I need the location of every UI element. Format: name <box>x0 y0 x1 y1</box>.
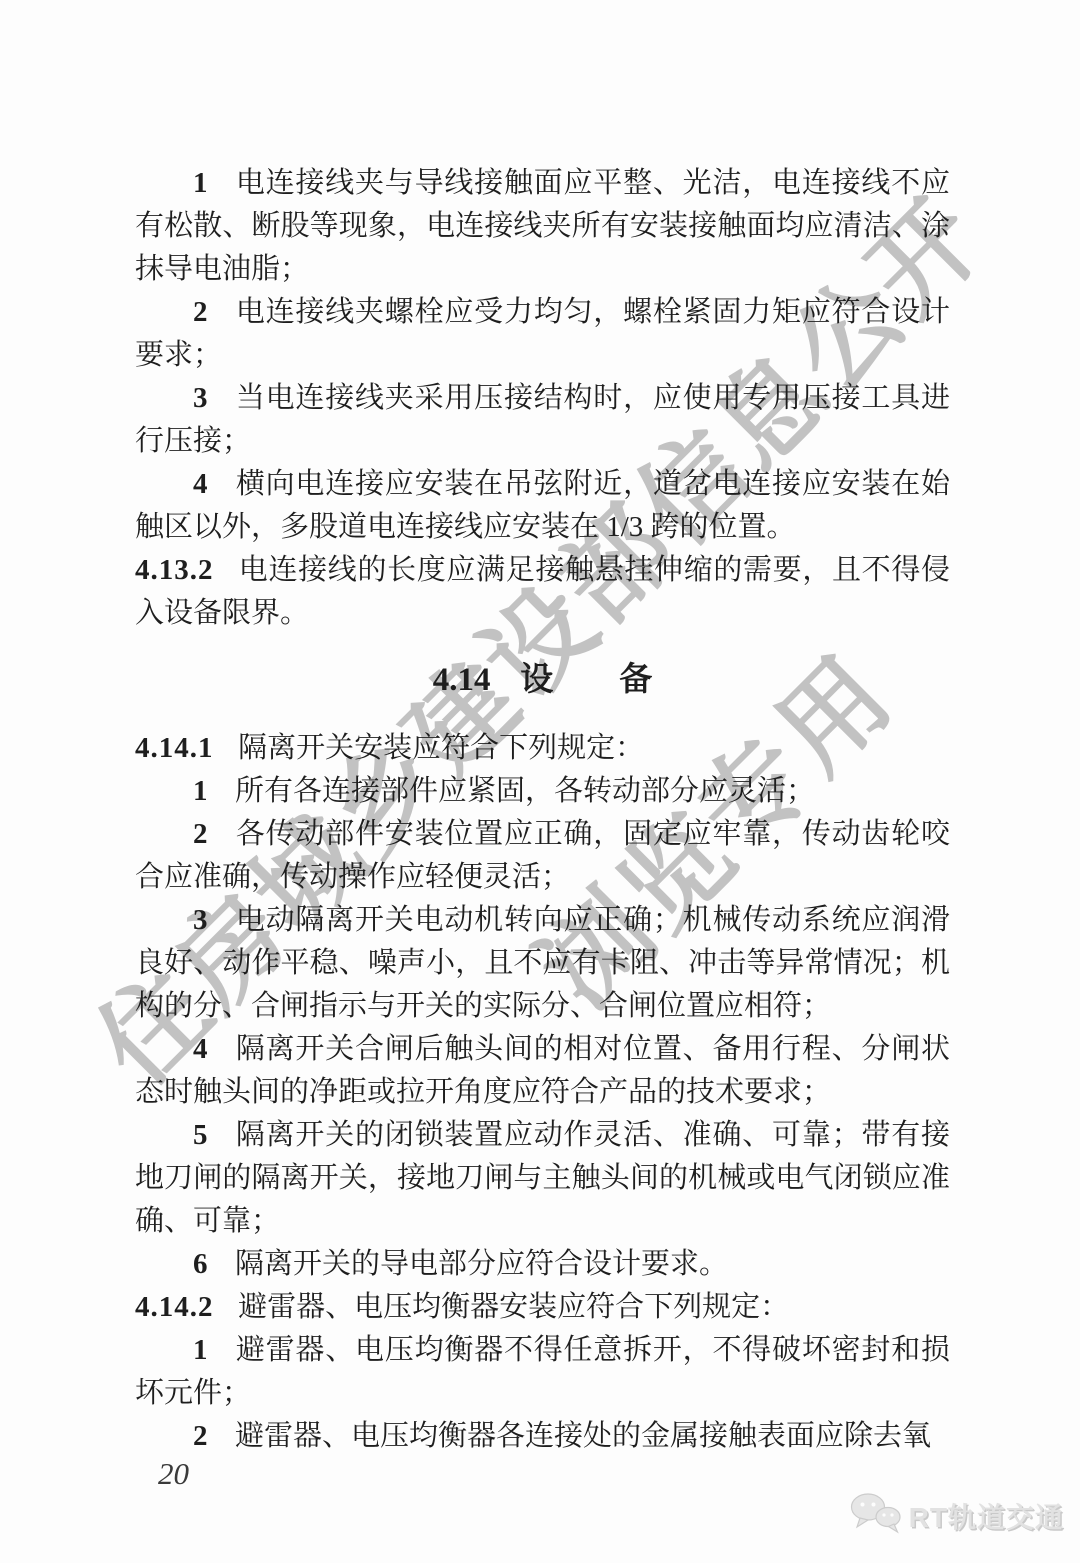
item-paragraph: 2各传动部件安装位置应正确，固定应牢靠，传动齿轮咬合应准确，传动操作应轻便灵活； <box>135 813 950 899</box>
item-number: 2 <box>193 1420 208 1452</box>
item-number: 1 <box>193 167 208 199</box>
item-paragraph: 4横向电连接应安装在吊弦附近，道岔电连接应安装在始触区以外，多股道电连接线应安装… <box>135 463 950 549</box>
page-number: 20 <box>158 1456 189 1492</box>
paragraph-text: 避雷器、电压均衡器各连接处的金属接触表面应除去氧 <box>235 1420 931 1452</box>
paragraph-text: 所有各连接部件应紧固，各转动部分应灵活； <box>235 775 815 807</box>
item-paragraph: 6隔离开关的导电部分应符合设计要求。 <box>135 1243 950 1286</box>
section-heading-title: 设 备 <box>520 662 652 698</box>
item-paragraph: 1避雷器、电压均衡器不得任意拆开，不得破坏密封和损坏元件； <box>135 1329 950 1415</box>
item-number: 5 <box>193 1119 208 1151</box>
item-paragraph: 2电连接线夹螺栓应受力均匀，螺栓紧固力矩应符合设计要求； <box>135 291 950 377</box>
item-paragraph: 1电连接线夹与导线接触面应平整、光洁，电连接线不应有松散、断股等现象，电连接线夹… <box>135 162 950 291</box>
document-page: 住房城乡建设部信息公开 浏览专用 1电连接线夹与导线接触面应平整、光洁，电连接线… <box>0 0 1080 1563</box>
paragraph-text: 避雷器、电压均衡器安装应符合下列规定： <box>238 1291 789 1323</box>
item-number: 4 <box>193 1033 208 1065</box>
clause-paragraph: 4.14.1隔离开关安装应符合下列规定： <box>135 727 950 770</box>
item-number: 6 <box>193 1248 208 1280</box>
item-paragraph: 3电动隔离开关电动机转向应正确；机械传动系统应润滑良好、动作平稳、噪声小，且不应… <box>135 899 950 1028</box>
clause-paragraph: 4.14.2避雷器、电压均衡器安装应符合下列规定： <box>135 1286 950 1329</box>
footer-logo: RT轨道交通 <box>849 1492 1064 1539</box>
document-body: 1电连接线夹与导线接触面应平整、光洁，电连接线不应有松散、断股等现象，电连接线夹… <box>135 162 950 1458</box>
item-number: 3 <box>193 904 208 936</box>
item-number: 1 <box>193 1334 208 1366</box>
paragraph-text: 隔离开关合闸后触头间的相对位置、备用行程、分闸状态时触头间的净距或拉开角度应符合… <box>135 1033 950 1108</box>
clause-paragraph: 4.13.2电连接线的长度应满足接触悬挂伸缩的需要，且不得侵入设备限界。 <box>135 549 950 635</box>
paragraph-text: 电动隔离开关电动机转向应正确；机械传动系统应润滑良好、动作平稳、噪声小，且不应有… <box>135 904 950 1022</box>
section-heading: 4.14设 备 <box>135 655 950 705</box>
section-heading-number: 4.14 <box>433 662 491 698</box>
item-paragraph: 2避雷器、电压均衡器各连接处的金属接触表面应除去氧 <box>135 1415 950 1458</box>
item-paragraph: 1所有各连接部件应紧固，各转动部分应灵活； <box>135 770 950 813</box>
footer-logo-text: RT轨道交通 <box>909 1496 1064 1536</box>
paragraph-text: 电连接线夹螺栓应受力均匀，螺栓紧固力矩应符合设计要求； <box>135 296 950 371</box>
item-number: 2 <box>193 818 208 850</box>
paragraph-text: 隔离开关的导电部分应符合设计要求。 <box>235 1248 728 1280</box>
item-number: 3 <box>193 382 208 414</box>
paragraph-text: 隔离开关安装应符合下列规定： <box>238 732 644 764</box>
clause-number: 4.14.1 <box>135 732 214 764</box>
paragraph-text: 横向电连接应安装在吊弦附近，道岔电连接应安装在始触区以外，多股道电连接线应安装在… <box>135 468 950 543</box>
paragraph-text: 电连接线的长度应满足接触悬挂伸缩的需要，且不得侵入设备限界。 <box>135 554 950 629</box>
paragraph-text: 当电连接线夹采用压接结构时，应使用专用压接工具进行压接； <box>135 382 950 457</box>
item-number: 2 <box>193 296 208 328</box>
paragraph-text: 避雷器、电压均衡器不得任意拆开，不得破坏密封和损坏元件； <box>135 1334 950 1409</box>
wechat-icon <box>849 1492 903 1539</box>
item-number: 1 <box>193 775 208 807</box>
item-number: 4 <box>193 468 208 500</box>
item-paragraph: 3当电连接线夹采用压接结构时，应使用专用压接工具进行压接； <box>135 377 950 463</box>
paragraph-text: 隔离开关的闭锁装置应动作灵活、准确、可靠；带有接地刀闸的隔离开关，接地刀闸与主触… <box>135 1119 950 1237</box>
item-paragraph: 5隔离开关的闭锁装置应动作灵活、准确、可靠；带有接地刀闸的隔离开关，接地刀闸与主… <box>135 1114 950 1243</box>
item-paragraph: 4隔离开关合闸后触头间的相对位置、备用行程、分闸状态时触头间的净距或拉开角度应符… <box>135 1028 950 1114</box>
paragraph-text: 各传动部件安装位置应正确，固定应牢靠，传动齿轮咬合应准确，传动操作应轻便灵活； <box>135 818 950 893</box>
paragraph-text: 电连接线夹与导线接触面应平整、光洁，电连接线不应有松散、断股等现象，电连接线夹所… <box>135 167 950 285</box>
clause-number: 4.14.2 <box>135 1291 214 1323</box>
clause-number: 4.13.2 <box>135 554 214 586</box>
